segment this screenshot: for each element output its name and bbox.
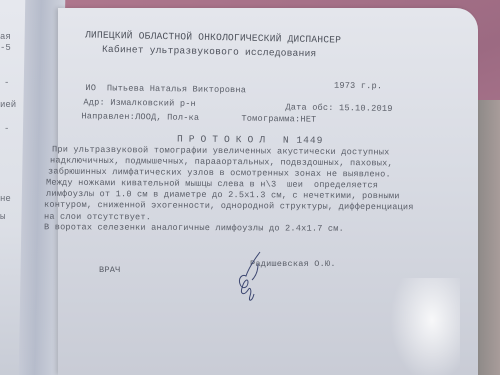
protocol-number: N 1449 xyxy=(283,135,324,146)
back-page-fragment: -5 xyxy=(0,43,11,53)
background-edge xyxy=(478,100,500,375)
referred-label: Направлен: xyxy=(81,111,135,122)
back-page-fragment: ией xyxy=(0,100,16,110)
signature-icon xyxy=(230,250,270,308)
protocol-sheet: ЛИПЕЦКИЙ ОБЛАСТНОЙ ОНКОЛОГИЧЕСКИЙ ДИСПАН… xyxy=(58,8,478,375)
body-line: на слои отсутствует. xyxy=(44,212,151,223)
back-page-fragment: - xyxy=(4,78,9,88)
back-page-fragment: не xyxy=(0,194,11,204)
body-line: В воротах селезенки аналогичные лимфоузл… xyxy=(44,222,344,234)
light-glare xyxy=(390,278,460,375)
birth-year: 1973 г.р. xyxy=(334,81,382,92)
department-name: Кабинет ультразвукового исследования xyxy=(102,44,317,59)
protocol-title: ПРОТОКОЛ xyxy=(177,133,271,145)
back-page-fragment: ы xyxy=(0,212,5,222)
doctor-label: ВРАЧ xyxy=(99,265,120,275)
exam-date: 15.10.2019 xyxy=(339,103,393,114)
body-line: контуром, сниженной эхогенности, однород… xyxy=(44,200,414,213)
back-page-fragment: - xyxy=(4,124,9,134)
back-page-fragment: ая xyxy=(0,32,11,42)
